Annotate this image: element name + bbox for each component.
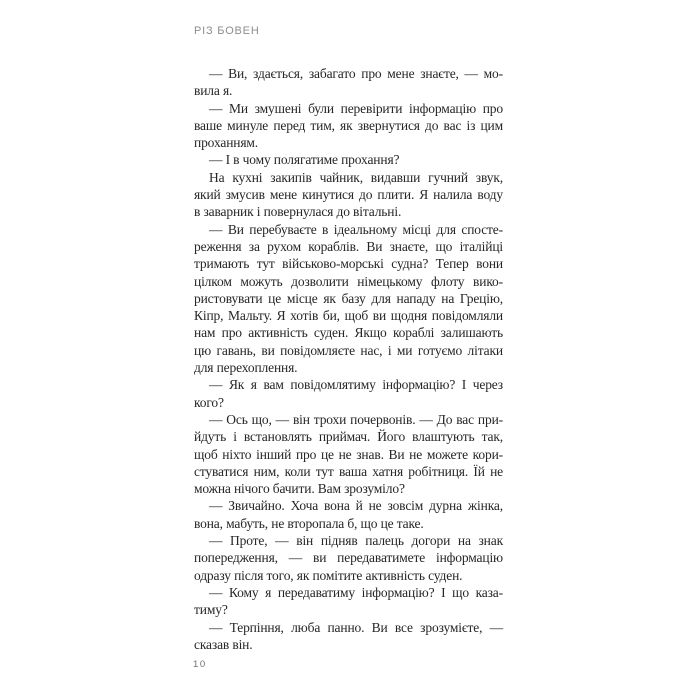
text-line: який змусив мене кинутися до плити. Я на… [194, 186, 503, 203]
text-line: цілком можуть дозволити німецькому флоту… [194, 273, 503, 290]
text-line: нам про активність суден. Якщо кораблі з… [194, 324, 503, 341]
text-line: — Ми змушені були перевірити інформацію … [194, 100, 503, 117]
text-line: — Ви, здається, забагато про мене знаєте… [194, 65, 503, 82]
text-line: — І в чому полягатиме прохання? [194, 151, 503, 168]
text-line: — Ви перебуваєте в ідеальному місці для … [194, 221, 503, 238]
text-line: — Проте, — він підняв палець догори на з… [194, 532, 503, 549]
text-line: — Ось що, — він трохи почервонів. — До в… [194, 411, 503, 428]
text-line: ристовувати це місце як базу для нападу … [194, 290, 503, 307]
book-page: РІЗ БОВЕН — Ви, здається, забагато про м… [0, 0, 700, 700]
text-line: — Терпіння, люба панно. Ви все зрозумієт… [194, 619, 503, 636]
text-line: щоб ніхто інший про це не знав. Ви не мо… [194, 446, 503, 463]
text-line: — Кому я передаватиму інформацію? І що к… [194, 584, 503, 601]
text-line: вона, мабуть, не второпала б, що це таке… [194, 515, 503, 532]
text-line: тримають тут військово-морські судна? Те… [194, 255, 503, 272]
text-line: стуватися ним, коли тут ваша хатня робіт… [194, 463, 503, 480]
text-line: тиму? [194, 601, 503, 618]
text-line: — Як я вам повідомлятиму інформацію? І ч… [194, 376, 503, 393]
body-text: — Ви, здається, забагато про мене знаєте… [194, 65, 503, 653]
text-line: Кіпр, Мальту. Я хотів би, щоб ви щодня п… [194, 307, 503, 324]
text-line: в заварник і повернулася до вітальні. [194, 203, 503, 220]
text-line: можна нічого бачити. Вам зрозуміло? [194, 480, 503, 497]
text-line: вила я. [194, 82, 503, 99]
text-line: кого? [194, 394, 503, 411]
text-line: сказав він. [194, 636, 503, 653]
text-line: для перехоплення. [194, 359, 503, 376]
text-line: На кухні закипів чайник, видавши гучний … [194, 169, 503, 186]
text-line: ваше минуле перед тим, як звернутися до … [194, 117, 503, 134]
text-line: попередження, — ви передаватимете інформ… [194, 549, 503, 566]
running-header-author: РІЗ БОВЕН [194, 25, 260, 38]
text-line: цю гавань, ви повідомляєте нас, і ми гот… [194, 342, 503, 359]
page-number: 10 [193, 659, 207, 671]
text-line: — Звичайно. Хоча вона й не зовсім дурна … [194, 497, 503, 514]
text-line: йдуть і встановлять приймач. Його влашту… [194, 428, 503, 445]
text-line: реження за рухом кораблів. Ви знаєте, що… [194, 238, 503, 255]
text-line: проханням. [194, 134, 503, 151]
text-line: одразу після того, як помітите активніст… [194, 567, 503, 584]
